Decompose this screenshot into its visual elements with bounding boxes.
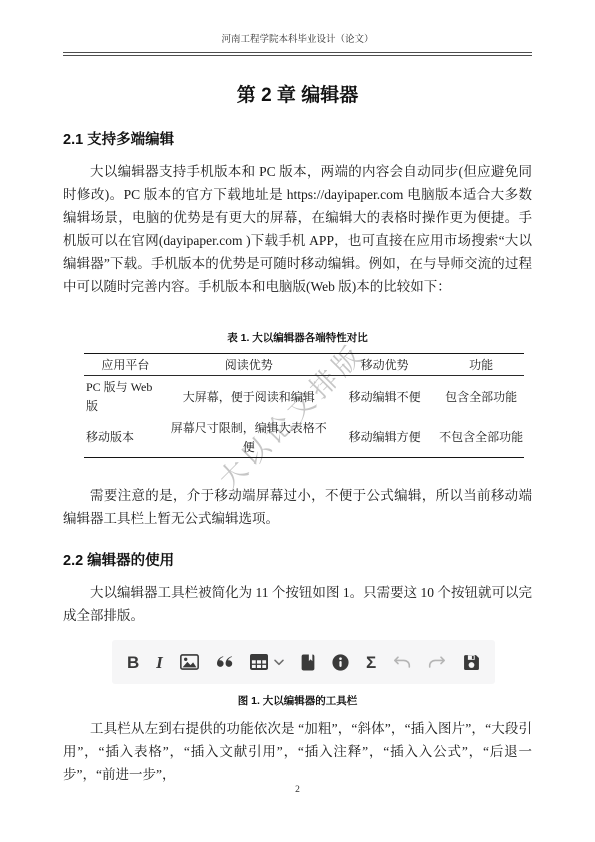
redo-icon (428, 656, 446, 669)
insert-note-info-icon (332, 654, 349, 671)
column-header-mobility: 移动优势 (331, 353, 438, 375)
insert-table-icon (250, 654, 268, 670)
table-cell: 移动编辑不便 (331, 375, 438, 419)
bold-icon: B (127, 654, 139, 671)
column-header-reading: 阅读优势 (167, 353, 331, 375)
undo-icon (393, 656, 411, 669)
table-cell: 移动版本 (84, 419, 167, 458)
blockquote-icon (216, 655, 234, 669)
table-cell: 包含全部功能 (438, 375, 524, 419)
table-caption: 表 1. 大以编辑器各端特性对比 (63, 332, 532, 345)
column-header-platform: 应用平台 (84, 353, 167, 375)
table-cell: 大屏幕，便于阅读和编辑 (167, 375, 331, 419)
paragraph-formula-note: 需要注意的是，介于移动端屏幕过小，不便于公式编辑，所以当前移动端编辑器工具栏上暂… (63, 484, 532, 530)
section-heading-2-1: 2.1 支持多端编辑 (63, 131, 532, 149)
paragraph-toolbar-intro: 大以编辑器工具栏被简化为 11 个按钮如图 1。只需要这 10 个按钮就可以完成… (63, 581, 532, 627)
table-button-group (250, 654, 284, 670)
table-cell: 移动编辑方便 (331, 419, 438, 458)
chapter-title: 第 2 章 编辑器 (63, 85, 532, 107)
running-header: 河南工程学院本科毕业设计（论文） (63, 34, 532, 46)
table-header-row: 应用平台 阅读优势 移动优势 功能 (84, 353, 524, 375)
section-heading-2-2: 2.2 编辑器的使用 (63, 552, 532, 570)
page-number: 2 (0, 785, 595, 795)
table-row: 移动版本 屏幕尺寸限制，编辑大表格不便 移动编辑方便 不包含全部功能 (84, 419, 524, 458)
header-rule (63, 52, 532, 56)
paragraph-toolbar-functions: 工具栏从左到右提供的功能依次是 “加粗”，“斜体”，“插入图片”，“大段引用”，… (63, 717, 532, 786)
table-cell: 屏幕尺寸限制，编辑大表格不便 (167, 419, 331, 458)
paragraph-multi-device: 大以编辑器支持手机版本和 PC 版本，两端的内容会自动同步(但应避免同时修改)。… (63, 160, 532, 298)
column-header-features: 功能 (438, 353, 524, 375)
page-content: 河南工程学院本科毕业设计（论文） 第 2 章 编辑器 2.1 支持多端编辑 大以… (0, 0, 595, 786)
table-cell: 不包含全部功能 (438, 419, 524, 458)
save-icon (463, 654, 480, 671)
chevron-down-icon (274, 659, 284, 666)
table-cell: PC 版与 Web 版 (84, 375, 167, 419)
toolbar-figure-image: B I (112, 640, 495, 684)
insert-formula-sigma-icon: Σ (366, 654, 376, 671)
table-row: PC 版与 Web 版 大屏幕，便于阅读和编辑 移动编辑不便 包含全部功能 (84, 375, 524, 419)
thesis-page: 大以论文排版 河南工程学院本科毕业设计（论文） 第 2 章 编辑器 2.1 支持… (0, 0, 595, 842)
insert-image-icon (180, 654, 199, 670)
figure-caption: 图 1. 大以编辑器的工具栏 (63, 695, 532, 708)
insert-citation-book-icon (301, 654, 315, 671)
italic-icon: I (156, 654, 163, 671)
comparison-table: 应用平台 阅读优势 移动优势 功能 PC 版与 Web 版 大屏幕，便于阅读和编… (84, 353, 524, 458)
